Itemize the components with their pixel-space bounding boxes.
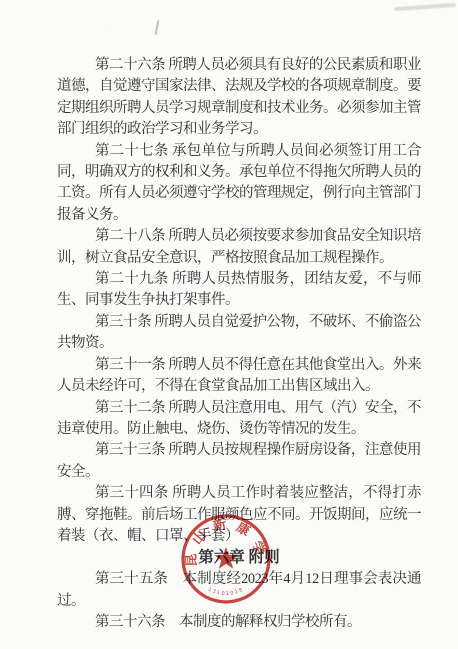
article-27: 第二十七条 承包单位与所聘人员间必须签订用工合同，明确双方的权利和义务。承包单位… bbox=[57, 141, 421, 227]
article-30: 第三十条 所聘人员自觉爱护公物，不破坏、不偷盗公共物资。 bbox=[57, 312, 421, 355]
official-seal-stamp: 昆山新康学校 13101018 bbox=[178, 511, 274, 607]
article-29: 第二十九条 所聘人员热情服务，团结友爱，不与师生、同事发生争执打架事件。 bbox=[57, 269, 421, 312]
article-28: 第二十八条 所聘人员必须按要求参加食品安全知识培训，树立食品安全意识，严格按照食… bbox=[57, 226, 421, 269]
scanned-document-page: 第二十六条 所聘人员必须具有良好的公民素质和职业道德，自觉遵守国家法律、法规及学… bbox=[0, 0, 458, 649]
scan-artifact-slash bbox=[155, 20, 160, 35]
seal-serial-digits: 13101018 bbox=[207, 587, 245, 597]
seal-star-icon bbox=[214, 547, 237, 569]
article-33: 第三十三条 所聘人员按规程操作厨房设备，注意使用安全。 bbox=[57, 440, 421, 483]
article-31: 第三十一条 所聘人员不得任意在其他食堂出入。外来人员未经许可，不得在食堂食品加工… bbox=[57, 355, 421, 398]
svg-text:13101018: 13101018 bbox=[207, 587, 245, 597]
article-36: 第三十六条 本制度的解释权归学校所有。 bbox=[57, 612, 421, 633]
article-32: 第三十二条 所聘人员注意用电、用气（汽）安全，不违章使用。防止触电、烧伤、烫伤等… bbox=[57, 398, 421, 441]
article-26: 第二十六条 所聘人员必须具有良好的公民素质和职业道德，自觉遵守国家法律、法规及学… bbox=[57, 55, 421, 141]
scan-artifact-smudge bbox=[394, 3, 456, 11]
